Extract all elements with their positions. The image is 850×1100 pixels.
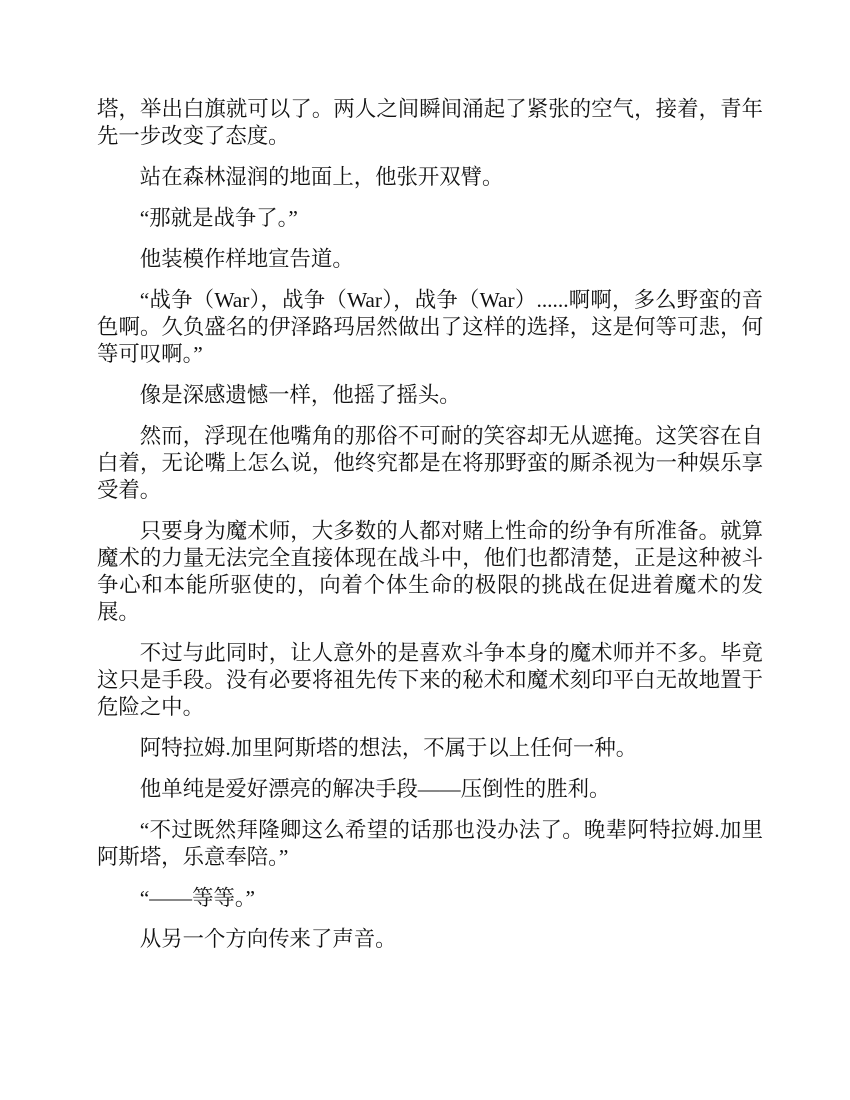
document-page: 塔，举出白旗就可以了。两人之间瞬间涌起了紧张的空气，接着，青年先一步改变了态度。… [0, 0, 850, 1100]
paragraph: 不过与此同时，让人意外的是喜欢斗争本身的魔术师并不多。毕竟这只是手段。没有必要将… [97, 640, 763, 721]
paragraph: 他装模作样地宣告道。 [97, 246, 763, 273]
paragraph: 从另一个方向传来了声音。 [97, 926, 763, 953]
paragraph-dialogue: “战争（War），战争（War），战争（War）......啊啊，多么野蛮的音色… [97, 287, 763, 368]
paragraph-dialogue: “——等等。” [97, 885, 763, 912]
paragraph: 只要身为魔术师，大多数的人都对赌上性命的纷争有所准备。就算魔术的力量无法完全直接… [97, 518, 763, 626]
paragraph: 像是深感遗憾一样，他摇了摇头。 [97, 382, 763, 409]
paragraph: 然而，浮现在他嘴角的那俗不可耐的笑容却无从遮掩。这笑容在自白着，无论嘴上怎么说，… [97, 423, 763, 504]
paragraph-dialogue: “那就是战争了。” [97, 205, 763, 232]
paragraph: 阿特拉姆.加里阿斯塔的想法，不属于以上任何一种。 [97, 735, 763, 762]
paragraph: 塔，举出白旗就可以了。两人之间瞬间涌起了紧张的空气，接着，青年先一步改变了态度。 [97, 96, 763, 150]
paragraph: 他单纯是爱好漂亮的解决手段——压倒性的胜利。 [97, 776, 763, 803]
paragraph: 站在森林湿润的地面上，他张开双臂。 [97, 164, 763, 191]
paragraph-dialogue: “不过既然拜隆卿这么希望的话那也没办法了。晚辈阿特拉姆.加里阿斯塔，乐意奉陪。” [97, 817, 763, 871]
